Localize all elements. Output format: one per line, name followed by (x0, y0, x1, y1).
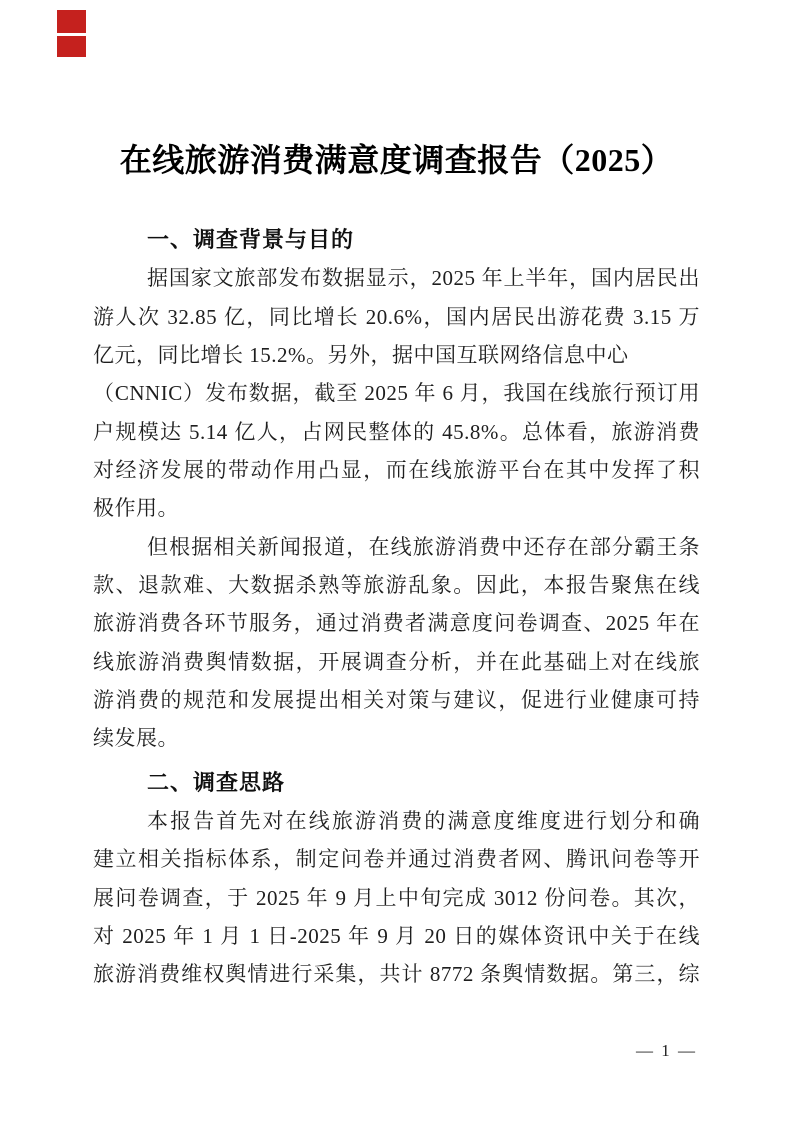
body-line: 款、退款难、大数据杀熟等旅游乱象。因此，本报告聚焦在线 (93, 566, 700, 604)
section: 二、调查思路本报告首先对在线旅游消费的满意度维度进行划分和确定，建立相关指标体系… (93, 764, 700, 994)
body-line: 游人次 32.85 亿，同比增长 20.6%，国内居民出游花费 3.15 万 (93, 298, 700, 336)
body-line: 本报告首先对在线旅游消费的满意度维度进行划分和确定， (93, 802, 700, 840)
body-line: 亿元，同比增长 15.2%。另外，据中国互联网络信息中心 (93, 336, 700, 374)
document-page: 在线旅游消费满意度调查报告（2025） 一、调查背景与目的据国家文旅部发布数据显… (0, 0, 793, 1122)
body-line: 旅游消费各环节服务，通过消费者满意度问卷调查、2025 年在 (93, 604, 700, 642)
body-line: （CNNIC）发布数据，截至 2025 年 6 月，我国在线旅行预订用 (93, 374, 700, 412)
document-body: 一、调查背景与目的据国家文旅部发布数据显示，2025 年上半年，国内居民出游人次… (93, 221, 700, 994)
section-heading: 一、调查背景与目的 (93, 221, 700, 259)
body-line: 据国家文旅部发布数据显示，2025 年上半年，国内居民出 (93, 259, 700, 297)
section: 一、调查背景与目的据国家文旅部发布数据显示，2025 年上半年，国内居民出游人次… (93, 221, 700, 758)
body-line: 户规模达 5.14 亿人，占网民整体的 45.8%。总体看，旅游消费 (93, 413, 700, 451)
body-line: 游消费的规范和发展提出相关对策与建议，促进行业健康可持 (93, 681, 700, 719)
body-line: 续发展。 (93, 719, 700, 757)
body-line: 建立相关指标体系，制定问卷并通过消费者网、腾讯问卷等开 (93, 840, 700, 878)
section-heading: 二、调查思路 (93, 764, 700, 802)
body-line: 对经济发展的带动作用凸显，而在线旅游平台在其中发挥了积 (93, 451, 700, 489)
body-line: 展问卷调查，于 2025 年 9 月上中旬完成 3012 份问卷。其次， (93, 879, 700, 917)
body-line: 但根据相关新闻报道，在线旅游消费中还存在部分霸王条 (93, 528, 700, 566)
paragraph: 本报告首先对在线旅游消费的满意度维度进行划分和确定，建立相关指标体系，制定问卷并… (93, 802, 700, 994)
page-number: — 1 — (636, 1041, 697, 1061)
body-line: 对 2025 年 1 月 1 日-2025 年 9 月 20 日的媒体资讯中关于… (93, 917, 700, 955)
red-stamp-bottom (57, 36, 86, 57)
body-line: 极作用。 (93, 489, 700, 527)
document-title: 在线旅游消费满意度调查报告（2025） (93, 140, 700, 180)
paragraph: 据国家文旅部发布数据显示，2025 年上半年，国内居民出游人次 32.85 亿，… (93, 259, 700, 527)
body-line: 旅游消费维权舆情进行采集，共计 8772 条舆情数据。第三，综 (93, 955, 700, 993)
body-line: 线旅游消费舆情数据，开展调查分析，并在此基础上对在线旅 (93, 643, 700, 681)
paragraph: 但根据相关新闻报道，在线旅游消费中还存在部分霸王条款、退款难、大数据杀熟等旅游乱… (93, 528, 700, 758)
red-stamp-top (57, 10, 86, 33)
